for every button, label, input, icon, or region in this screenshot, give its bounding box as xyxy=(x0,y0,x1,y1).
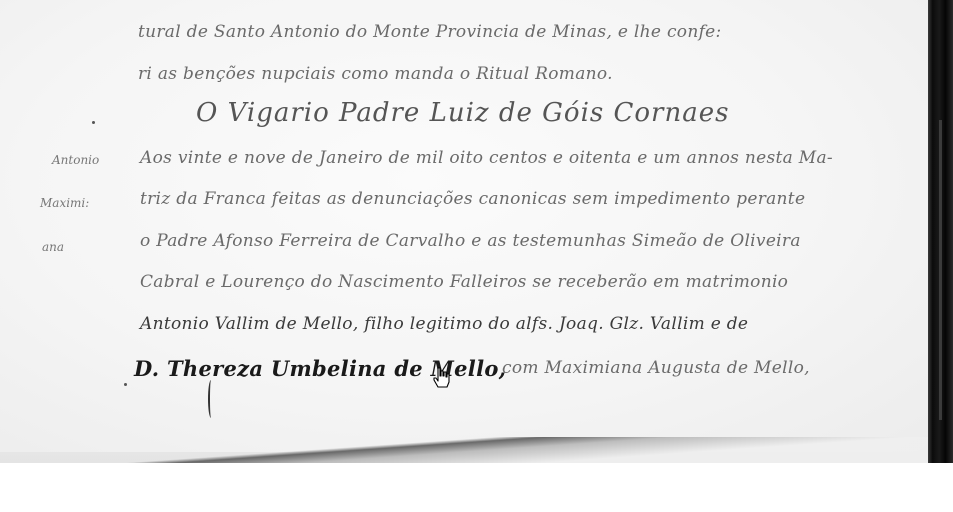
text-line-7: Cabral e Lourenço do Nascimento Falleiro… xyxy=(140,272,788,292)
text-line-9-spouse: com Maximiana Augusta de Mello, xyxy=(502,358,810,378)
margin-note-line-1: Antonio xyxy=(52,153,99,167)
margin-note-line-2: Maximi: xyxy=(40,196,89,210)
text-line-6: o Padre Afonso Ferreira de Carvalho e as… xyxy=(140,231,801,251)
text-line-9-bride-mother: D. Thereza Umbelina de Mello, xyxy=(134,356,506,381)
text-line-4: Aos vinte e nove de Janeiro de mil oito … xyxy=(140,148,833,168)
binding-highlight xyxy=(939,120,942,420)
scanned-page-image[interactable]: Antonio Maximi: ana tural de Santo Anton… xyxy=(0,0,953,463)
text-line-1: tural de Santo Antonio do Monte Provinci… xyxy=(138,22,722,42)
text-line-5: triz da Franca feitas as denunciações ca… xyxy=(140,189,805,209)
text-line-8: Antonio Vallim de Mello, filho legitimo … xyxy=(140,314,748,334)
page-bottom-edge xyxy=(0,437,930,463)
document-viewer: Antonio Maximi: ana tural de Santo Anton… xyxy=(0,0,953,512)
margin-note-line-3: ana xyxy=(42,240,64,254)
ink-dot xyxy=(124,383,127,386)
ink-flourish xyxy=(208,380,214,418)
ink-dot xyxy=(92,121,95,124)
signature-heading: O Vigario Padre Luiz de Góis Cornaes xyxy=(196,98,729,128)
hand-cursor-icon xyxy=(432,367,450,389)
text-line-2: ri as benções nupciais como manda o Ritu… xyxy=(138,64,613,84)
